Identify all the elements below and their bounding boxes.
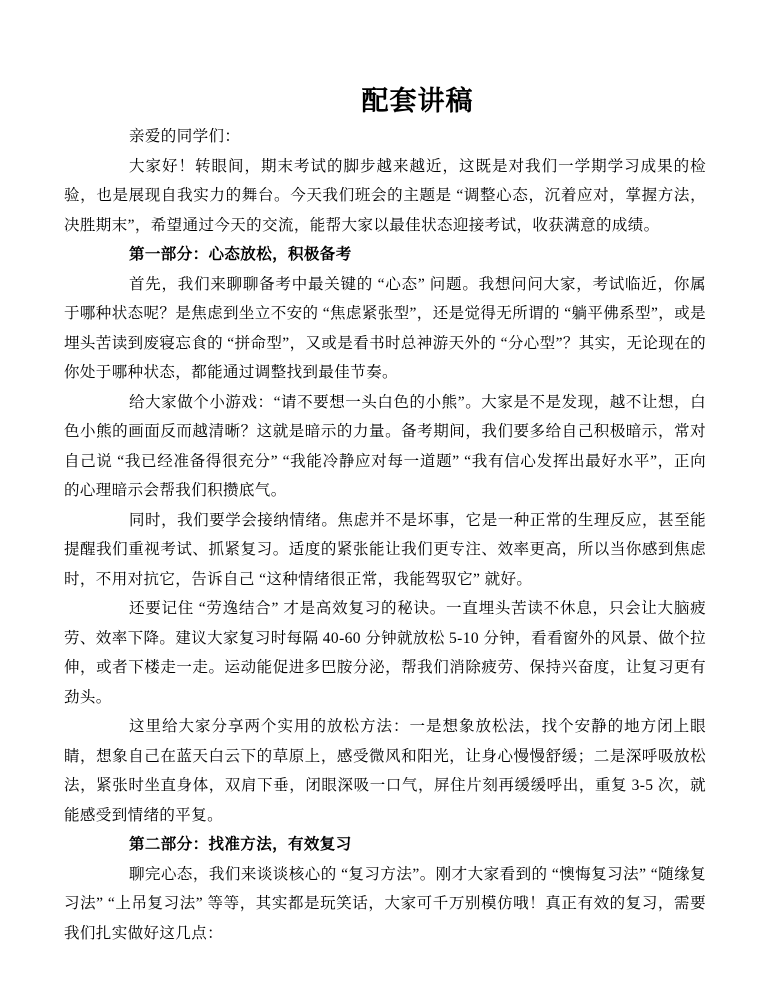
salutation-line: 亲爱的同学们：: [64, 122, 706, 152]
paragraph: 首先，我们来聊聊备考中最关键的 “心态” 问题。我想问问大家，考试临近，你属于哪…: [64, 270, 706, 388]
section-heading: 第二部分：找准方法，有效复习: [64, 830, 706, 860]
paragraph: 这里给大家分享两个实用的放松方法：一是想象放松法，找个安静的地方闭上眼睛，想象自…: [64, 712, 706, 830]
paragraph: 聊完心态，我们来谈谈核心的 “复习方法”。刚才大家看到的 “懊悔复习法” “随缘…: [64, 860, 706, 949]
document-content: 亲爱的同学们：大家好！转眼间，期末考试的脚步越来越近，这既是对我们一学期学习成果…: [0, 122, 770, 948]
paragraph: 大家好！转眼间，期末考试的脚步越来越近，这既是对我们一学期学习成果的检验，也是展…: [64, 152, 706, 241]
paragraph: 还要记住 “劳逸结合” 才是高效复习的秘诀。一直埋头苦读不休息，只会让大脑疲劳、…: [64, 594, 706, 712]
paragraph: 同时，我们要学会接纳情绪。焦虑并不是坏事，它是一种正常的生理反应，甚至能提醒我们…: [64, 506, 706, 595]
paragraph: 给大家做个小游戏：“请不要想一头白色的小熊”。大家是不是发现，越不让想，白色小熊…: [64, 388, 706, 506]
section-heading: 第一部分：心态放松，积极备考: [64, 240, 706, 270]
document-page: 配套讲稿 亲爱的同学们：大家好！转眼间，期末考试的脚步越来越近，这既是对我们一学…: [0, 0, 770, 1000]
document-title: 配套讲稿: [0, 0, 770, 116]
